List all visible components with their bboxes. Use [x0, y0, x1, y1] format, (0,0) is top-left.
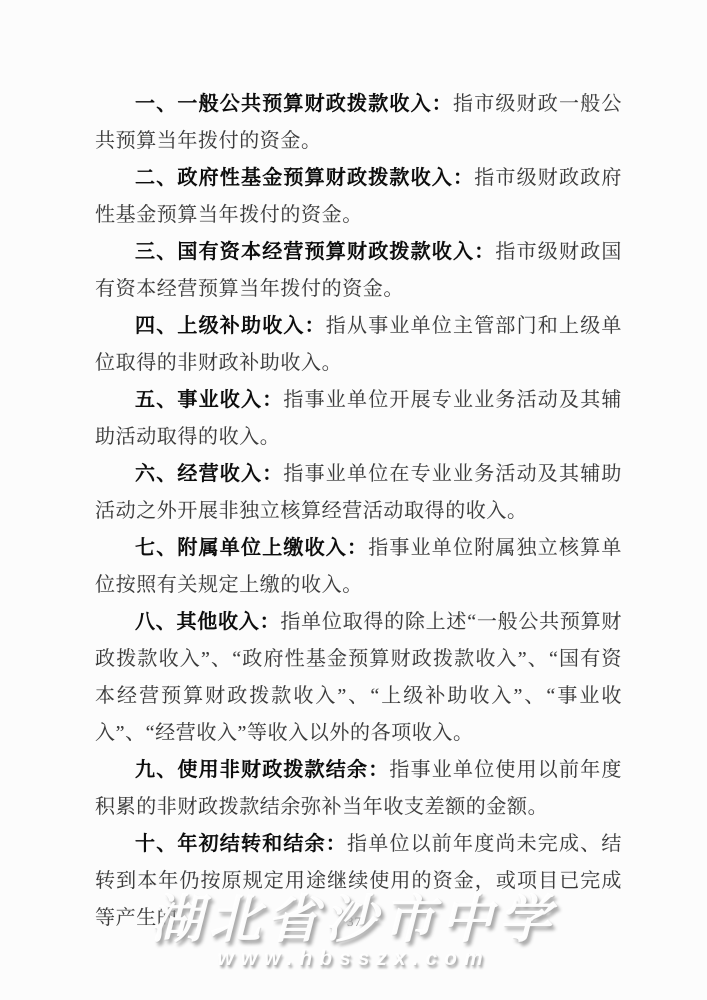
term-label: 五、事业收入：: [135, 389, 283, 411]
term-label: 六、经营收入：: [135, 463, 283, 485]
definition-paragraph: 九、使用非财政拨款结余：指事业单位使用以前年度积累的非财政拨款结余弥补当年收支差…: [95, 752, 622, 826]
definition-paragraph: 八、其他收入：指单位取得的除上述“一般公共预算财政拨款收入”、“政府性基金预算财…: [95, 604, 622, 752]
term-label: 四、上级补助收入：: [135, 315, 326, 337]
term-label: 八、其他收入：: [135, 611, 280, 633]
definition-paragraph: 二、政府性基金预算财政拨款收入：指市级财政政府性基金预算当年拨付的资金。: [95, 160, 622, 234]
term-label: 九、使用非财政拨款结余：: [135, 759, 389, 781]
watermark-site-url: www.hbsszx.com: [0, 947, 707, 971]
definition-paragraph: 五、事业收入：指事业单位开展专业业务活动及其辅助活动取得的收入。: [95, 382, 622, 456]
term-label: 一、一般公共预算财政拨款收入：: [135, 93, 453, 115]
term-label: 十、年初结转和结余：: [135, 833, 347, 855]
definition-paragraph: 四、上级补助收入：指从事业单位主管部门和上级单位取得的非财政补助收入。: [95, 308, 622, 382]
page-number: 37: [347, 914, 362, 930]
definition-paragraph: 一、一般公共预算财政拨款收入：指市级财政一般公共预算当年拨付的资金。: [95, 86, 622, 160]
definition-paragraph: 七、附属单位上缴收入：指事业单位附属独立核算单位按照有关规定上缴的收入。: [95, 530, 622, 604]
term-label: 三、国有资本经营预算财政拨款收入：: [135, 241, 495, 263]
term-label: 七、附属单位上缴收入：: [135, 537, 368, 559]
definition-paragraph: 六、经营收入：指事业单位在专业业务活动及其辅助活动之外开展非独立核算经营活动取得…: [95, 456, 622, 530]
term-label: 二、政府性基金预算财政拨款收入：: [135, 167, 474, 189]
document-body: 一、一般公共预算财政拨款收入：指市级财政一般公共预算当年拨付的资金。 二、政府性…: [95, 86, 622, 937]
definition-paragraph: 三、国有资本经营预算财政拨款收入：指市级财政国有资本经营预算当年拨付的资金。: [95, 234, 622, 308]
document-page: 一、一般公共预算财政拨款收入：指市级财政一般公共预算当年拨付的资金。 二、政府性…: [0, 0, 707, 1000]
